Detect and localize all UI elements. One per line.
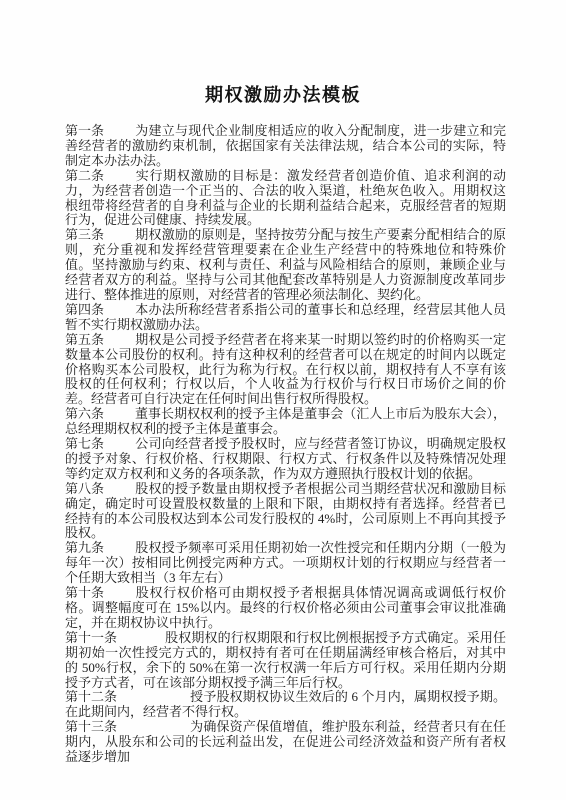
article-number: 第三条 (65, 228, 135, 243)
article-number: 第十一条 (65, 631, 165, 646)
article-number: 第八条 (65, 482, 135, 497)
article-paragraph: 第十三条为确保资产保值增值，维护股东利益，经营者只有在任期内，从股东和公司的长远… (65, 720, 506, 765)
article-paragraph: 第二条实行期权激励的目标是：激发经营者创造价值、追求利润的动力，为经营者创造一个… (65, 169, 506, 229)
article-number: 第五条 (65, 333, 135, 348)
article-number: 第十三条 (65, 720, 190, 735)
article-number: 第一条 (65, 124, 135, 139)
document-title: 期权激励办法模板 (0, 0, 566, 105)
article-number: 第十二条 (65, 690, 190, 705)
article-paragraph: 第六条董事长期权权利的授予主体是董事会（汇人上市后为股东大会），总经理期权权利的… (65, 407, 506, 437)
article-paragraph: 第九条股权授予频率可采用任期初始一次性授完和任期内分期（一般为每年一次）按相同比… (65, 541, 506, 586)
article-paragraph: 第四条本办法所称经营者系指公司的董事长和总经理，经营层其他人员暂不实行期权激励办… (65, 303, 506, 333)
article-paragraph: 第十二条授予股权期权协议生效后的 6 个月内，属期权授予期。在此期间内，经营者不… (65, 690, 506, 720)
article-number: 第二条 (65, 169, 135, 184)
article-paragraph: 第一条为建立与现代企业制度相适应的收入分配制度，进一步建立和完善经营者的激励约束… (65, 124, 506, 169)
document-page: 期权激励办法模板 第一条为建立与现代企业制度相适应的收入分配制度，进一步建立和完… (0, 0, 566, 800)
document-body: 第一条为建立与现代企业制度相适应的收入分配制度，进一步建立和完善经营者的激励约束… (0, 105, 566, 765)
article-number: 第六条 (65, 407, 135, 422)
article-paragraph: 第三条期权激励的原则是，坚持按劳分配与按生产要素分配相结合的原则，充分重视和发挥… (65, 228, 506, 303)
article-paragraph: 第十一条股权期权的行权期限和行权比例根据授予方式确定。采用任期初始一次性授完方式… (65, 631, 506, 691)
article-number: 第十条 (65, 586, 135, 601)
article-paragraph: 第十条股权行权价格可由期权授予者根据具体情况调高或调低行权价格。调整幅度可在 1… (65, 586, 506, 631)
article-number: 第四条 (65, 303, 135, 318)
article-number: 第七条 (65, 437, 135, 452)
article-paragraph: 第八条股权的授予数量由期权授予者根据公司当期经营状况和激励目标确定，确定时可设置… (65, 482, 506, 542)
article-paragraph: 第七条公司向经营者授予股权时，应与经营者签订协议，明确规定股权的授予对象、行权价… (65, 437, 506, 482)
article-number: 第九条 (65, 541, 135, 556)
article-paragraph: 第五条期权是公司授予经营者在将来某一时期以签约时的价格购买一定数量本公司股份的权… (65, 333, 506, 408)
